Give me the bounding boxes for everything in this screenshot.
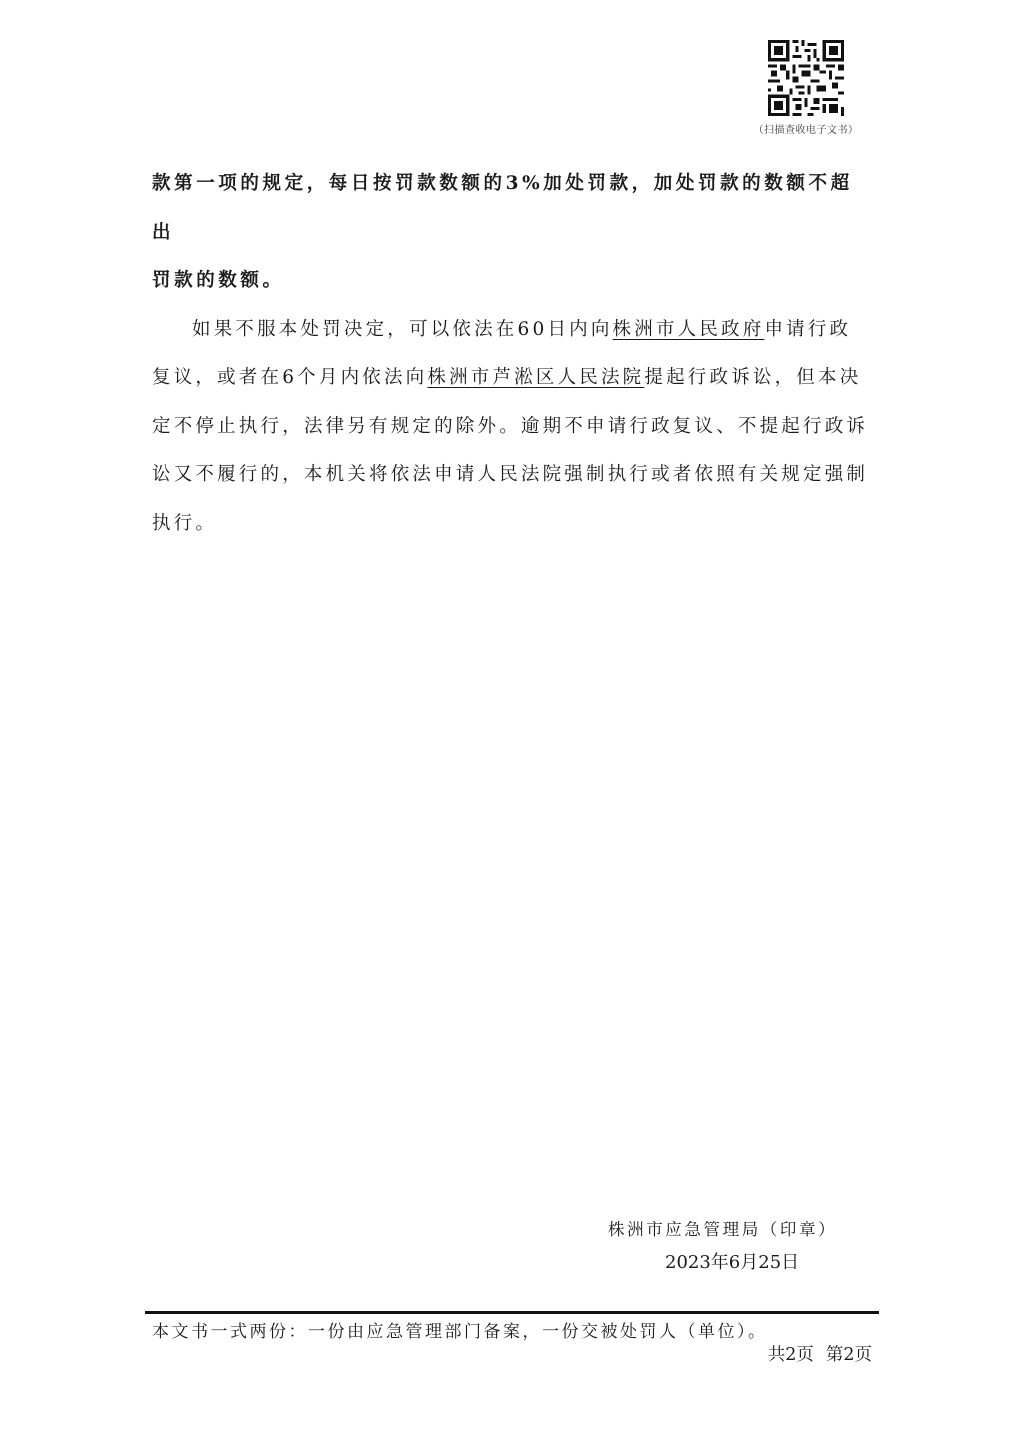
appeal-paragraph: 如果不服本处罚决定，可以依法在60日内向株洲市人民政府申请行政复议，或者在6个月… bbox=[152, 306, 872, 549]
court-link[interactable]: 株洲市芦淞区人民法院 bbox=[427, 367, 644, 388]
total-pages: 共2页 bbox=[768, 1345, 814, 1365]
penalty-text-3: 罚款的数额。 bbox=[152, 270, 285, 291]
appeal-text-3: 提起行政诉讼，但本决定不停止执行，法律另有规定的除外。逾期不申请行政复议、不提起… bbox=[152, 367, 868, 534]
footer-note: 本文书一式两份：一份由应急管理部门备案，一份交被处罚人（单位）。 bbox=[152, 1320, 768, 1344]
current-page: 第2页 bbox=[826, 1345, 872, 1365]
document-body: 款第一项的规定，每日按罚款数额的3%加处罚款，加处罚款的数额不超出罚款的数额。 … bbox=[152, 160, 872, 548]
government-link[interactable]: 株洲市人民政府 bbox=[613, 319, 765, 340]
page-counter: 共2页第2页 bbox=[768, 1343, 872, 1367]
qr-code-block: （扫描查收电子文书） bbox=[748, 38, 864, 136]
penalty-text-1: 款第一项的规定，每日按罚款数额的 bbox=[152, 173, 506, 194]
footer-divider bbox=[145, 1311, 879, 1314]
issue-date: 2023年6月25日 bbox=[665, 1250, 799, 1276]
issuer-signature: 株洲市应急管理局（印章） bbox=[608, 1218, 837, 1242]
penalty-paragraph: 款第一项的规定，每日按罚款数额的3%加处罚款，加处罚款的数额不超出罚款的数额。 bbox=[152, 160, 872, 306]
penalty-rate: 3% bbox=[506, 173, 544, 194]
qr-caption: （扫描查收电子文书） bbox=[748, 121, 864, 136]
appeal-text-1: 如果不服本处罚决定，可以依法在60日内向 bbox=[192, 319, 613, 340]
qr-code-icon bbox=[767, 40, 845, 116]
